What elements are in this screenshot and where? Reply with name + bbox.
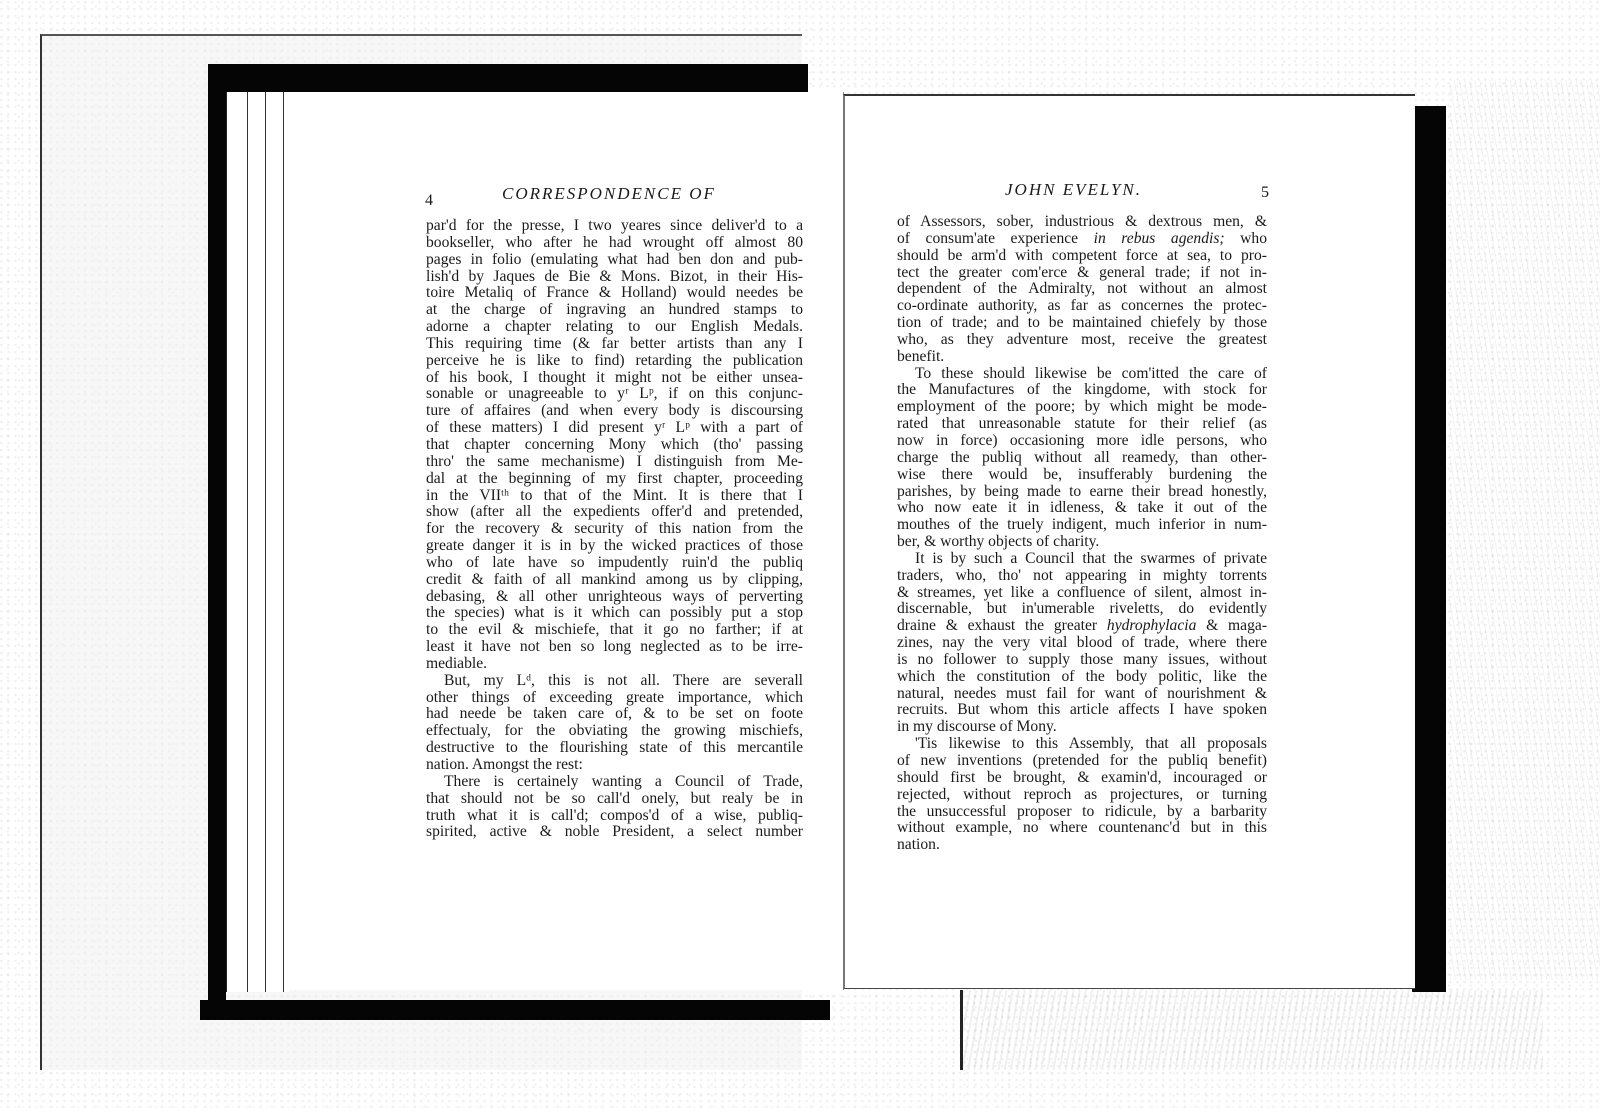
text-line: debasing, & all other unrighteous ways o… [426, 589, 803, 606]
text-line: wise there would be, insufferably burden… [897, 467, 1267, 484]
text-line: effectualy, for the obviating the growin… [426, 723, 803, 740]
text-line: the unsuccessful proposer to ridicule, b… [897, 804, 1267, 821]
text-line: mediable. [426, 656, 803, 673]
text-line: charge the publiq without all reamedy, t… [897, 450, 1267, 467]
text-line: sonable or unagreeable to yʳ Lᵖ, if on t… [426, 386, 803, 403]
text-line: natural, needes must fail for want of no… [897, 686, 1267, 703]
text-line: bookseller, who after he had wrought off… [426, 235, 803, 252]
text-line: & streames, yet like a confluence of sil… [897, 585, 1267, 602]
text-line: who now eate it in idleness, & take it o… [897, 500, 1267, 517]
running-head: JOHN EVELYN. [1005, 180, 1142, 200]
text-line: that should not be so call'd onely, but … [426, 791, 803, 808]
text-line: is no follower to supply those many issu… [897, 652, 1267, 669]
text-line: of new inventions (pretended for the pub… [897, 753, 1267, 770]
text-line: lish'd by Jaques de Bie & Mons. Bizot, i… [426, 269, 803, 286]
text-line: of his book, I thought it might not be e… [426, 370, 803, 387]
text-line: truth what it is call'd; compos'd of a w… [426, 808, 803, 825]
text-line: pages in folio (emulating what had ben d… [426, 252, 803, 269]
text-line: par'd for the presse, I two yeares since… [426, 218, 803, 235]
text-line: ture of affaires (and when every body is… [426, 403, 803, 420]
text-line: To these should likewise be com'itted th… [897, 366, 1267, 383]
text-line: tion of trade; and to be maintained chie… [897, 315, 1267, 332]
left-page: 4 CORRESPONDENCE OF par'd for the presse… [288, 92, 844, 990]
binding-edge-right [1412, 106, 1446, 992]
text-line: But, my Lᵈ, this is not all. There are s… [426, 673, 803, 690]
text-line: which the constitution of the body polit… [897, 669, 1267, 686]
text-line: of Assessors, sober, industrious & dextr… [897, 214, 1267, 231]
text-line: had neede be taken care of, & to be set … [426, 706, 803, 723]
text-line: spirited, active & noble President, a se… [426, 824, 803, 841]
text-line: nation. [897, 837, 1267, 854]
text-line: who, as they adventure most, receive the… [897, 332, 1267, 349]
text-line: perceive he is like to find) retarding t… [426, 353, 803, 370]
scan-margin-right [1450, 80, 1600, 980]
text-line: rated that unreasonable statute for thei… [897, 416, 1267, 433]
text-line: other things of exceeding greate importa… [426, 690, 803, 707]
text-line: in my discourse of Mony. [897, 719, 1267, 736]
body-text: of Assessors, sober, industrious & dextr… [897, 214, 1267, 854]
text-line: thro' the same mechanisme) I distinguish… [426, 454, 803, 471]
text-line: co-ordinate authority, as far as concern… [897, 298, 1267, 315]
page-number: 5 [1261, 184, 1269, 202]
text-line: traders, who, tho' not appearing in migh… [897, 568, 1267, 585]
text-line: adorne a chapter relating to our English… [426, 319, 803, 336]
text-line: at the charge of ingraving an hundred st… [426, 302, 803, 319]
text-line: now in force) occasioning more idle pers… [897, 433, 1267, 450]
text-line: of these matters) I did present yʳ Lᵖ wi… [426, 420, 803, 437]
text-line: dal at the beginning of my first chapter… [426, 471, 803, 488]
text-line: mouthes of the truely indigent, much inf… [897, 517, 1267, 534]
text-line: nation. Amongst the rest: [426, 757, 803, 774]
text-line: without example, no where countenanc'd b… [897, 820, 1267, 837]
binding-edge-left [208, 64, 226, 1014]
text-line: show (after all the expedients offer'd a… [426, 504, 803, 521]
text-line: that chapter concerning Mony which (tho'… [426, 437, 803, 454]
text-line: credit & faith of all mankind among us b… [426, 572, 803, 589]
text-line: recruits. But whom this article affects … [897, 702, 1267, 719]
text-line: There is certainely wanting a Council of… [426, 774, 803, 791]
text-line: greate danger it is in by the wicked pra… [426, 538, 803, 555]
text-line: the Manufactures of the kingdome, with s… [897, 382, 1267, 399]
text-line: toire Metaliq of France & Holland) would… [426, 285, 803, 302]
text-line: destructive to the flourishing state of … [426, 740, 803, 757]
running-head: CORRESPONDENCE OF [502, 184, 716, 204]
text-line: zines, nay the very vital blood of trade… [897, 635, 1267, 652]
text-line: dependent of the Admiralty, not without … [897, 281, 1267, 298]
text-line: ber, & worthy objects of charity. [897, 534, 1267, 551]
page-number: 4 [425, 192, 433, 210]
text-line: should first be brought, & examin'd, inc… [897, 770, 1267, 787]
text-line: parishes, by being made to earne their b… [897, 484, 1267, 501]
right-page: JOHN EVELYN. 5 of Assessors, sober, indu… [843, 94, 1415, 989]
text-line: 'Tis likewise to this Assembly, that all… [897, 736, 1267, 753]
text-line: rejected, without reproch as projectures… [897, 787, 1267, 804]
text-line: It is by such a Council that the swarmes… [897, 551, 1267, 568]
text-line: of consum'ate experience in rebus agendi… [897, 231, 1267, 248]
text-line: tect the greater com'erce & general trad… [897, 265, 1267, 282]
text-line: least it have not ben so long neglected … [426, 639, 803, 656]
text-line: the species) what is it which can possib… [426, 605, 803, 622]
text-line: in the VIIᵗʰ to that of the Mint. It is … [426, 488, 803, 505]
page-stack-edges [226, 92, 289, 992]
text-line: employment of the poore; by which might … [897, 399, 1267, 416]
text-line: who of late have so impudently ruin'd th… [426, 555, 803, 572]
binding-edge-top [208, 64, 808, 92]
text-line: This requiring time (& far better artist… [426, 336, 803, 353]
text-line: for the recovery & security of this nati… [426, 521, 803, 538]
body-text: par'd for the presse, I two yeares since… [426, 218, 803, 841]
text-line: to the evil & mischiefe, that it go no f… [426, 622, 803, 639]
text-line: should be arm'd with competent force at … [897, 248, 1267, 265]
binding-edge-bottom [200, 1000, 830, 1020]
text-line: draine & exhaust the greater hydrophylac… [897, 618, 1267, 635]
book-cover-bottom-right [960, 990, 1543, 1070]
text-line: discernable, but in'umerable riveletts, … [897, 601, 1267, 618]
text-line: benefit. [897, 349, 1267, 366]
